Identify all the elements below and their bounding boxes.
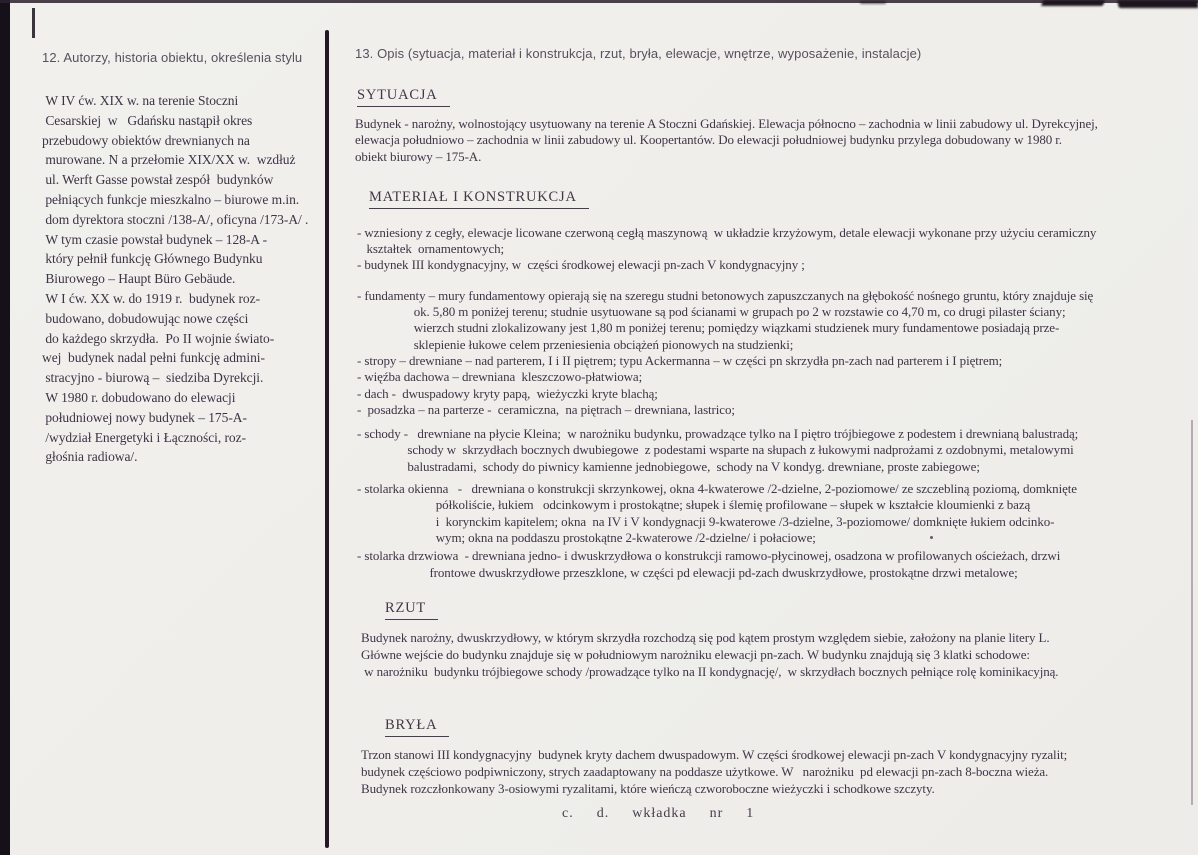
scan-smudge [1041,0,1105,6]
material-item-dach: - dach - dwuspadowy kryty papą, wieżyczk… [357,386,1198,402]
material-item-cegla: - wzniesiony z cegły, elewacje licowane … [357,225,1198,258]
material-item-stolarka-okienna: - stolarka okienna - drewniana o konstru… [357,481,1198,546]
footer-continuation-note: c. d. wkładka nr 1 [562,806,754,822]
section-bryla: BRYŁA Trzon stanowi III kondygnacyjny bu… [355,680,1198,797]
field-12-history-text: W IV ćw. XIX w. na terenie Stoczni Cesar… [42,91,354,467]
section-rzut: RZUT Budynek narożny, dwuskrzydłowy, w k… [355,581,1198,680]
material-item-stropy: - stropy – drewniane – nad parterem, I i… [357,353,1198,369]
material-item-schody: - schody - drewniane na płycie Kleina; w… [357,426,1198,475]
material-item-fundamenty: - fundamenty – mury fundamentowy opieraj… [357,288,1198,353]
material-item-stolarka-drzwiowa: - stolarka drzwiowa - drewniana jedno- i… [357,548,1198,581]
scan-smudge [860,1,886,4]
material-items-list: - wzniesiony z cegły, elewacje licowane … [357,225,1198,581]
field-13-label: 13. Opis (sytuacja, materiał i konstrukc… [355,46,1198,61]
scan-smudge [1117,0,1198,8]
section-sytuacja: SYTUACJA Budynek - narożny, wolnostojący… [355,61,1198,165]
section-heading-sytuacja: SYTUACJA [357,87,450,107]
section-material-konstrukcja: MATERIAŁ I KONSTRUKCJA - wzniesiony z ce… [355,165,1198,581]
material-item-wiezba: - więźba dachowa – drewniana kleszczowo-… [357,369,1198,385]
bryla-paragraph: Trzon stanowi III kondygnacyjny budynek … [361,746,1198,797]
field-13-description: 13. Opis (sytuacja, materiał i konstrukc… [355,46,1198,797]
scan-border-left [0,0,10,855]
material-item-posadzka: - posadzka – na parterze - ceramiczna, n… [357,402,1198,418]
material-item-kondygnacje: - budynek III kondygnacyjny, w części śr… [357,257,1198,273]
field-12-authors-history: 12. Autorzy, historia obiektu, określeni… [42,50,354,467]
section-heading-rzut: RZUT [385,600,438,620]
field-12-label: 12. Autorzy, historia obiektu, określeni… [42,50,354,65]
sytuacja-paragraph: Budynek - narożny, wolnostojący usytuowa… [355,116,1198,165]
scan-border-top [0,0,1198,3]
rzut-paragraph: Budynek narożny, dwuskrzydłowy, w którym… [361,629,1198,680]
section-heading-material: MATERIAŁ I KONSTRUKCJA [369,189,589,209]
scan-mark [32,8,35,38]
scanned-document-page: 12. Autorzy, historia obiektu, określeni… [0,0,1198,855]
section-heading-bryla: BRYŁA [385,717,449,737]
